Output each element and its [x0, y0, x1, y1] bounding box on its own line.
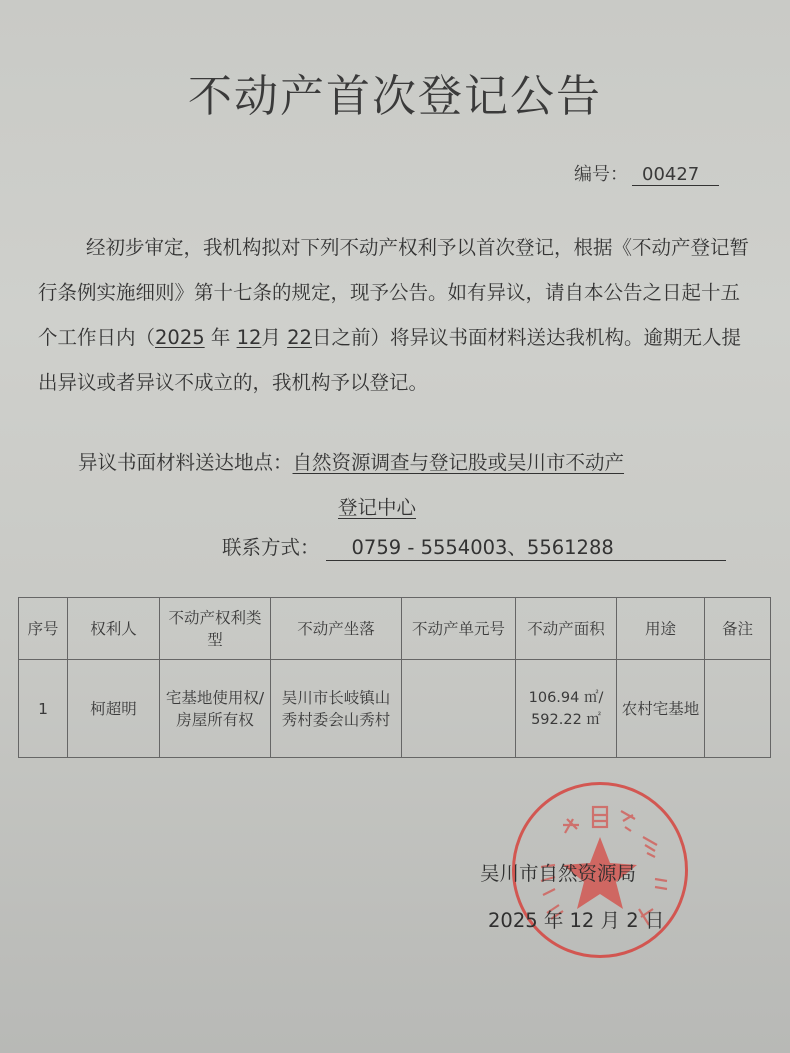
- table-row: 1 柯超明 宅基地使用权/房屋所有权 吴川市长岐镇山秀村委会山秀村 106.94…: [19, 660, 771, 758]
- objection-address: 异议书面材料送达地点：自然资源调查与登记股或吴川市不动产 登记中心: [78, 440, 758, 530]
- cell-usage: 农村宅基地: [617, 660, 705, 758]
- col-header-holder: 权利人: [68, 598, 160, 660]
- deadline-month: 12: [237, 326, 262, 349]
- cell-unit-no: [402, 660, 516, 758]
- col-header-index: 序号: [19, 598, 68, 660]
- cell-location: 吴川市长岐镇山秀村委会山秀村: [271, 660, 402, 758]
- notice-paragraph: 经初步审定，我机构拟对下列不动产权利予以首次登记，根据《不动产登记暂行条例实施细…: [38, 225, 750, 405]
- year-unit: 年: [211, 326, 231, 349]
- table-header-row: 序号 权利人 不动产权利类型 不动产坐落 不动产单元号 不动产面积 用途 备注: [19, 598, 771, 660]
- col-header-unit-no: 不动产单元号: [402, 598, 516, 660]
- col-header-area: 不动产面积: [516, 598, 617, 660]
- month-unit: 月: [261, 326, 281, 349]
- objection-address-line1: 自然资源调查与登记股或吴川市不动产: [293, 451, 625, 474]
- issuer-name: 吴川市自然资源局: [480, 858, 636, 886]
- deadline-day: 22: [287, 326, 312, 349]
- col-header-right-type: 不动产权利类型: [160, 598, 271, 660]
- contact-info: 联系方式：0759 - 5554003、5561288: [222, 532, 726, 561]
- contact-label: 联系方式：: [222, 536, 320, 559]
- deadline-year: 2025: [155, 326, 205, 349]
- cell-area: 106.94 ㎡/ 592.22 ㎡: [516, 660, 617, 758]
- registration-table: 序号 权利人 不动产权利类型 不动产坐落 不动产单元号 不动产面积 用途 备注 …: [18, 597, 771, 758]
- page-title: 不动产首次登记公告: [0, 62, 790, 132]
- serial-value: 00427: [632, 164, 719, 186]
- col-header-usage: 用途: [617, 598, 705, 660]
- objection-address-line2: 登记中心: [338, 496, 416, 519]
- serial-label: 编号：: [574, 164, 628, 185]
- issue-date: 2025 年 12 月 2 日: [488, 905, 664, 933]
- serial-number: 编号：00427: [574, 160, 719, 186]
- cell-holder: 柯超明: [68, 660, 160, 758]
- objection-address-label: 异议书面材料送达地点：: [78, 451, 293, 474]
- col-header-location: 不动产坐落: [271, 598, 402, 660]
- cell-right-type: 宅基地使用权/房屋所有权: [160, 660, 271, 758]
- contact-value: 0759 - 5554003、5561288: [326, 532, 726, 561]
- cell-index: 1: [19, 660, 68, 758]
- cell-remark: [705, 660, 771, 758]
- col-header-remark: 备注: [705, 598, 771, 660]
